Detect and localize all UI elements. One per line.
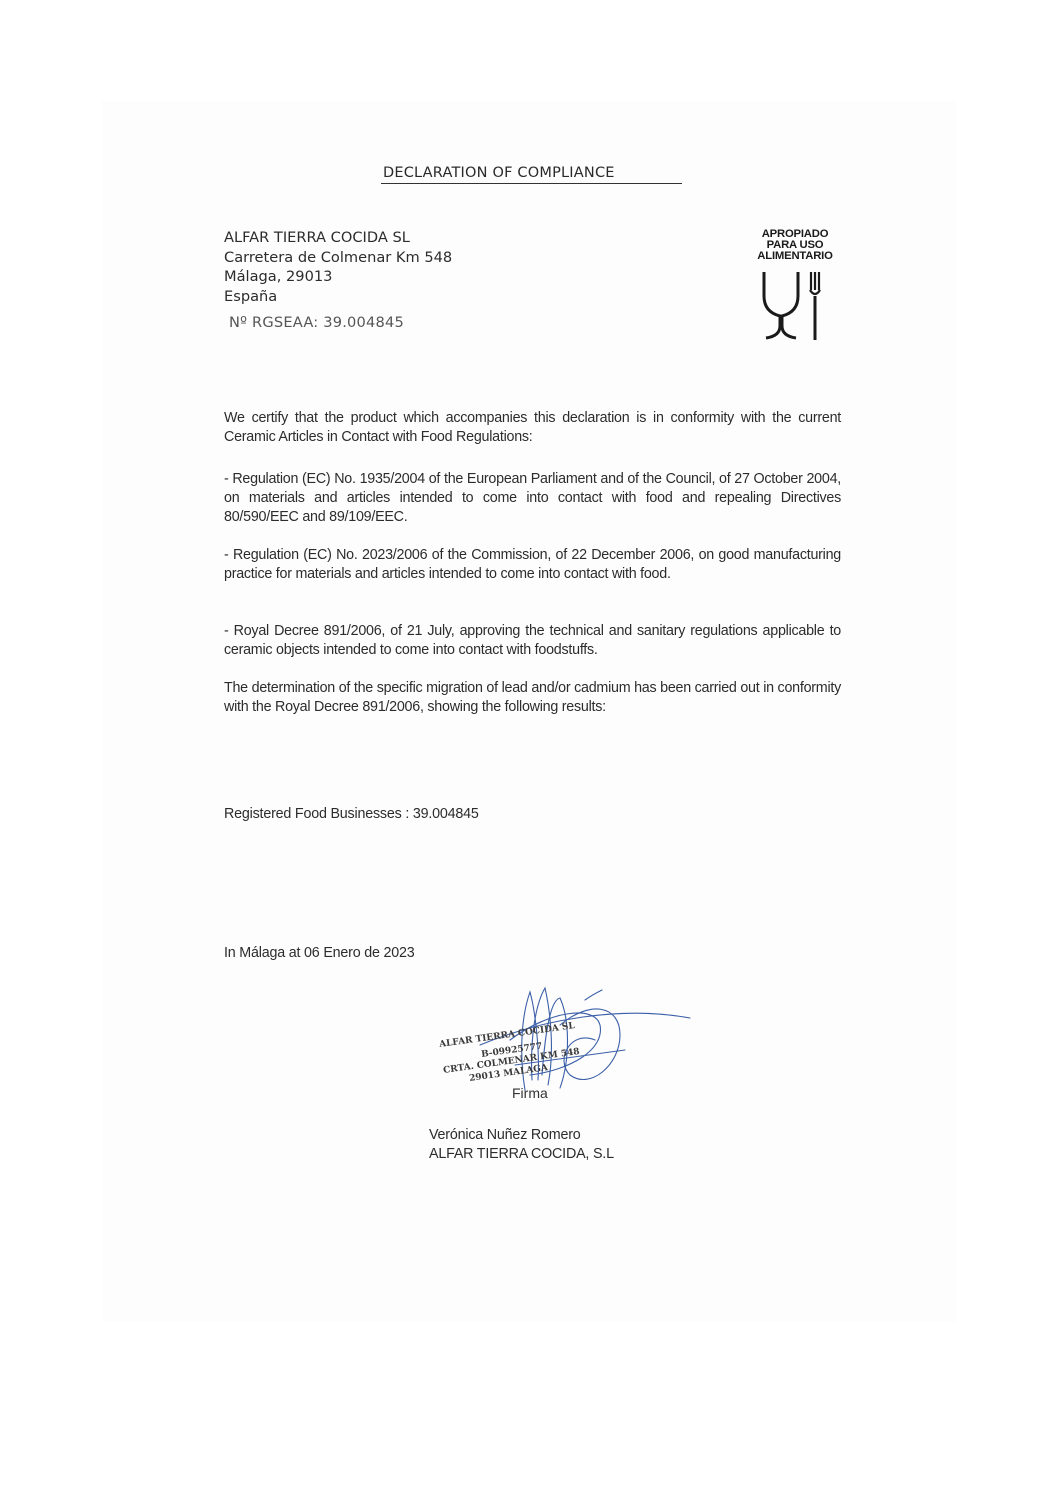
- company-country: España: [224, 287, 452, 307]
- food-safe-logo-line3: ALIMENTARIO: [733, 251, 857, 262]
- company-registry-number: Nº RGSEAA: 39.004845: [229, 314, 404, 331]
- glass-and-fork-icon: [760, 270, 830, 342]
- regulation-1935-2004: - Regulation (EC) No. 1935/2004 of the E…: [224, 470, 841, 527]
- company-address-line2: Málaga, 29013: [224, 267, 452, 287]
- title-underline: [381, 183, 682, 184]
- company-address-block: ALFAR TIERRA COCIDA SL Carretera de Colm…: [224, 228, 452, 306]
- signer-company: ALFAR TIERRA COCIDA, S.L: [429, 1145, 614, 1164]
- signer-name: Verónica Nuñez Romero: [429, 1126, 614, 1145]
- registered-food-businesses: Registered Food Businesses : 39.004845: [224, 806, 479, 822]
- place-and-date: In Málaga at 06 Enero de 2023: [224, 945, 415, 961]
- migration-results-paragraph: The determination of the specific migrat…: [224, 679, 841, 717]
- regulation-2023-2006: - Regulation (EC) No. 2023/2006 of the C…: [224, 546, 841, 584]
- signer-block: Verónica Nuñez Romero ALFAR TIERRA COCID…: [429, 1126, 614, 1164]
- royal-decree-891-2006: - Royal Decree 891/2006, of 21 July, app…: [224, 622, 841, 660]
- food-safe-logo: APROPIADO PARA USO ALIMENTARIO: [733, 229, 857, 349]
- document-title: DECLARATION OF COMPLIANCE: [383, 165, 615, 181]
- signature-label: Firma: [512, 1085, 548, 1101]
- company-address-line1: Carretera de Colmenar Km 548: [224, 248, 452, 268]
- company-name: ALFAR TIERRA COCIDA SL: [224, 228, 452, 248]
- certification-paragraph: We certify that the product which accomp…: [224, 409, 841, 447]
